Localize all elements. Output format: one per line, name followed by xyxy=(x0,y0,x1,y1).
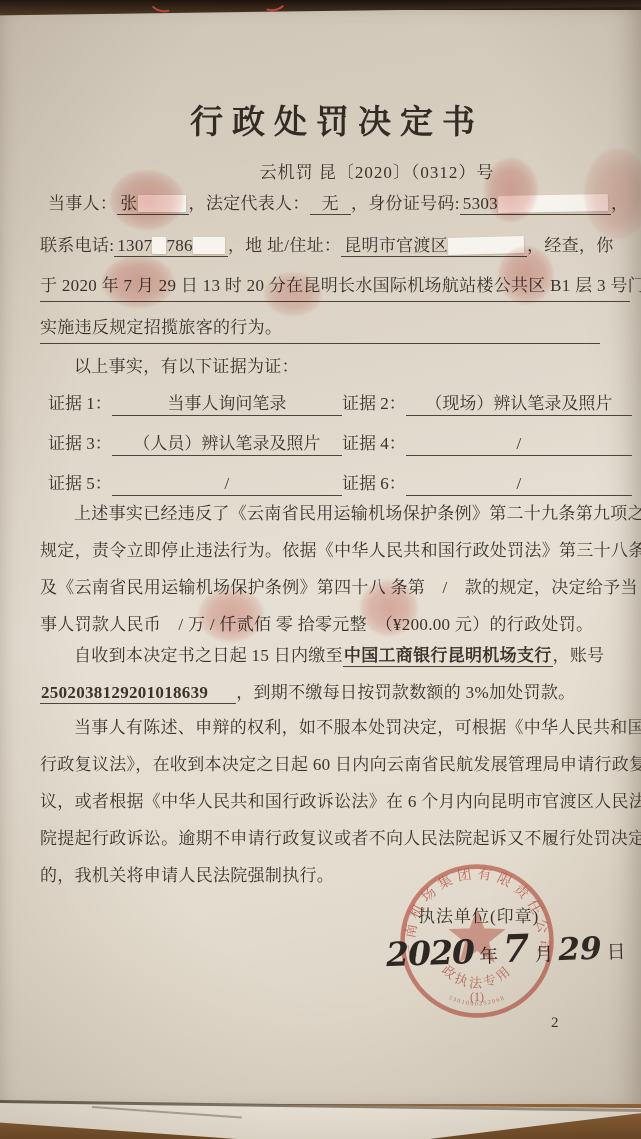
rights-line: 行政复议法》，在收到本决定之日起 60 日内向云南省民航发展管理局申请行政复 xyxy=(40,753,634,790)
fingerprint-stamp xyxy=(498,246,554,304)
payment-suffix-2: ，到期不缴每日按罚款数额的 3%加处罚款。 xyxy=(236,683,575,702)
evidence-value: / xyxy=(406,474,632,496)
evidence-intro: 以上事实，有以下证据为证： xyxy=(74,355,299,379)
decision-line: 及《云南省民用运输机场保护条例》第四十八 条第 / 款的规定，决定给予当 xyxy=(40,576,634,613)
handwritten-date: 2020 年 7 月 29 日 xyxy=(385,922,626,975)
address-label: ，地 址/住址： xyxy=(228,236,341,255)
decision-line: 规定，责令立即停止违法行为。依据《中华人民共和国行政处罚法》第三十八条 xyxy=(40,539,634,576)
evidence-label: 证据 1： xyxy=(48,389,112,414)
evidence-row: 证据 5：/ 证据 6：/ xyxy=(48,469,632,496)
decision-paragraph: 上述事实已经违反了《云南省民用运输机场保护条例》第二十九条第九项之 规定，责令立… xyxy=(40,502,634,650)
phone-number: 786 xyxy=(166,236,192,255)
redaction-box xyxy=(193,237,225,254)
fingerprint-stamp xyxy=(360,580,418,636)
id-label: ，身份证号码: xyxy=(351,194,460,213)
payment-suffix: ，账号 xyxy=(553,646,605,665)
rights-line: 当事人有陈述、申辩的权利，如不服本处罚决定，可根据《中华人民共和国 xyxy=(40,716,634,753)
evidence-value: （人员）辨认笔录及照片 xyxy=(112,429,342,456)
evidence-label: 证据 3： xyxy=(48,429,112,454)
evidence-value: / xyxy=(112,474,342,496)
address-value: 昆明市官渡区 xyxy=(344,236,448,255)
decision-line: 上述事实已经违反了《云南省民用运输机场保护条例》第二十九条第九项之 xyxy=(40,502,634,539)
fingerprint-stamp xyxy=(198,588,264,642)
redaction-box xyxy=(152,237,166,254)
fact-text-2: 实施违反规定招揽旅客的行为。 xyxy=(40,318,282,337)
payment-line-1: 自收到本决定书之日起 15 日内缴至中国工商银行昆明机场支行，账号 xyxy=(40,644,634,681)
fact-prefix: 于 xyxy=(40,276,57,295)
legal-rep-label: ，法定代表人： xyxy=(189,194,310,213)
rights-line: 议，或者根据《中华人民共和国行政诉讼法》在 6 个月内向昆明市官渡区人民法 xyxy=(40,790,634,827)
evidence-row: 证据 3：（人员）辨认笔录及照片 证据 4：/ xyxy=(48,429,632,456)
evidence-label: 证据 5： xyxy=(48,469,112,494)
legal-rep-value: 无 xyxy=(310,194,351,215)
party-label: 当事人： xyxy=(48,194,117,213)
date-month: 7 xyxy=(502,925,530,971)
evidence-label: 证据 6： xyxy=(342,469,406,494)
fingerprint-stamp xyxy=(584,148,641,240)
bank-name: 中国工商银行昆明机场支行 xyxy=(343,646,553,667)
evidence-label: 证据 2： xyxy=(342,389,406,414)
date-day-unit: 日 xyxy=(606,937,626,965)
page-title: 行政处罚决定书 xyxy=(40,96,634,143)
date-year: 2020 xyxy=(385,932,474,974)
evidence-row: 证据 1：当事人询问笔录 证据 2：（现场）辨认笔录及照片 xyxy=(48,389,632,416)
date-day: 29 xyxy=(558,931,602,968)
evidence-value: 当事人询问笔录 xyxy=(112,389,342,416)
payment-line-2: 2502038129201018639，到期不缴每日按罚款数额的 3%加处罚款。 xyxy=(40,681,634,718)
fingerprint-stamp xyxy=(102,256,174,308)
evidence-value: （现场）辨认笔录及照片 xyxy=(406,389,632,416)
account-number: 2502038129201018639 xyxy=(40,683,236,704)
phone-number: 1307 xyxy=(117,236,152,255)
fingerprint-stamp xyxy=(484,158,538,222)
payment-prefix: 自收到本决定书之日起 15 日内缴至 xyxy=(74,646,343,665)
evidence-label: 证据 4： xyxy=(342,429,406,454)
phone-label: 联系电话: xyxy=(40,236,114,255)
document-photo: 行政处罚决定书 云机罚 昆〔2020〕（0312）号 当事人：张，法定代表人：无… xyxy=(0,0,641,1139)
fingerprint-stamp xyxy=(110,170,184,230)
evidence-value: / xyxy=(406,434,632,456)
date-month-unit: 月 xyxy=(534,939,554,967)
payment-paragraph: 自收到本决定书之日起 15 日内缴至中国工商银行昆明机场支行，账号 250203… xyxy=(40,644,634,718)
date-year-unit: 年 xyxy=(479,941,499,969)
fact-line-2: 实施违反规定招揽旅客的行为。 xyxy=(40,316,600,344)
fingerprint-stamp xyxy=(264,272,322,316)
